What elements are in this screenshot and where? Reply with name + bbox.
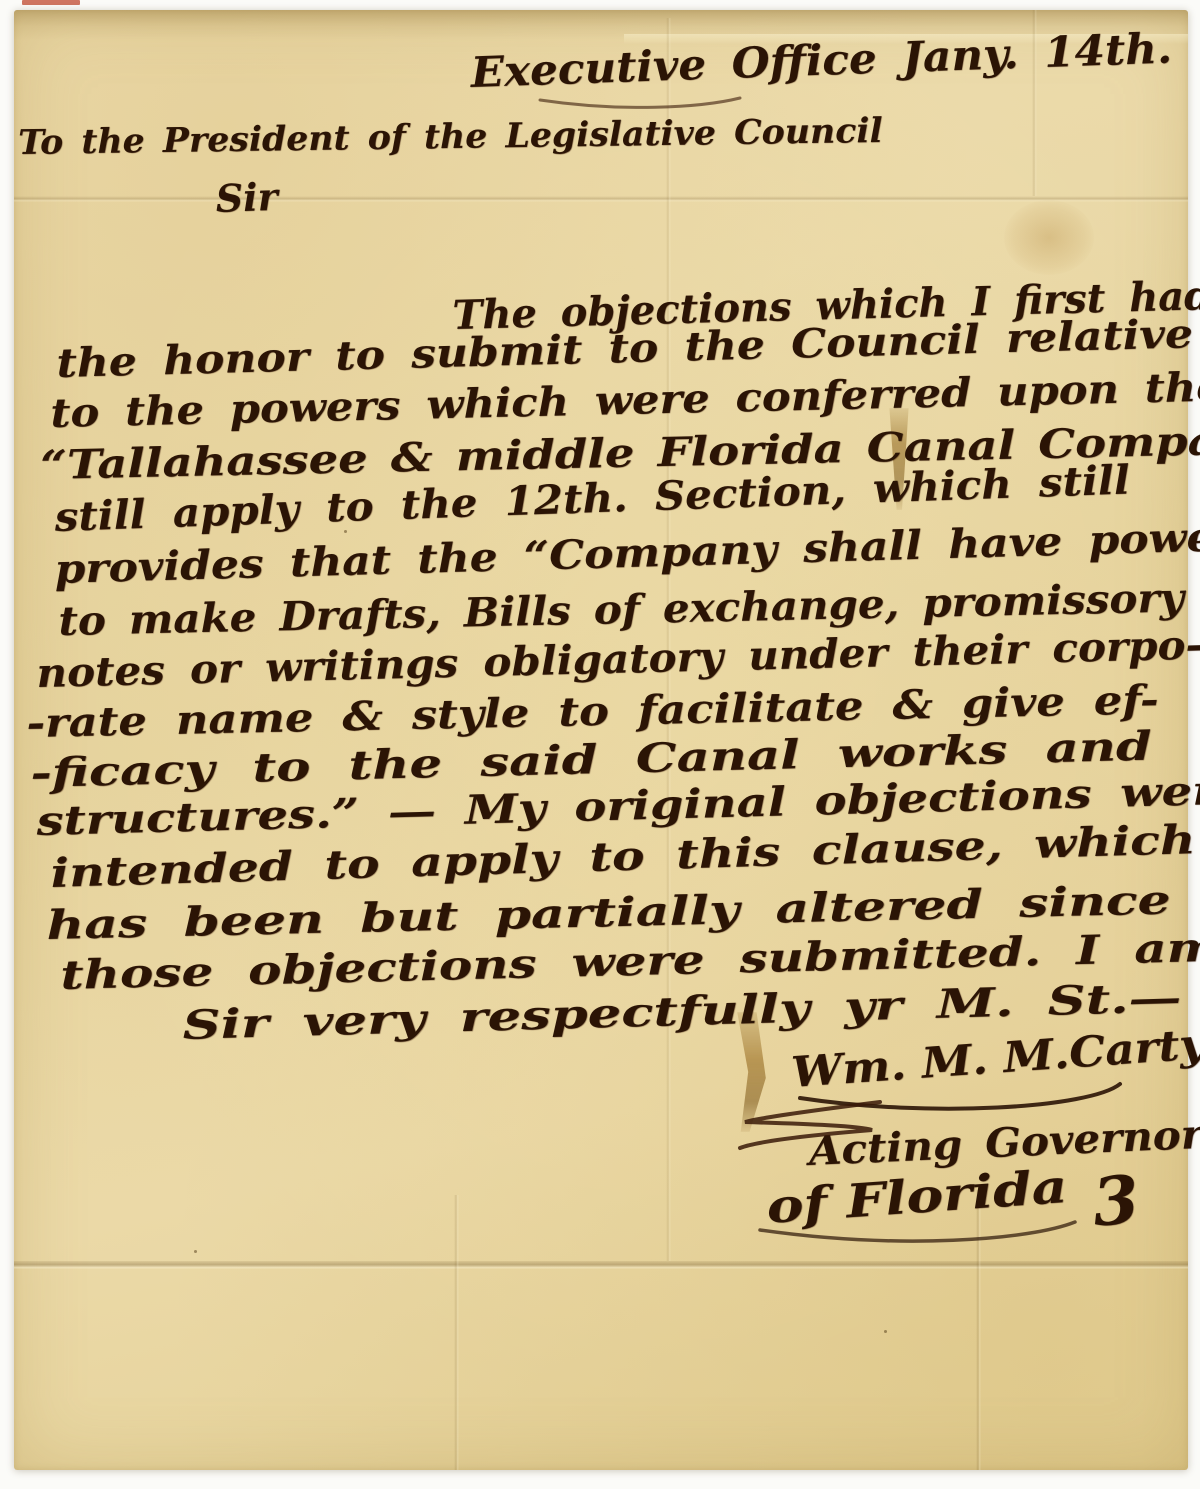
- fold-crease-horizontal-lower: [14, 1261, 1188, 1269]
- page-number-mark: 3: [1090, 1166, 1142, 1236]
- paper-speck: [884, 1330, 887, 1333]
- scan-edge-artifact: [22, 0, 80, 5]
- fold-crease-vertical-bottom-right: [976, 1190, 981, 1470]
- paper-speck: [194, 1250, 197, 1253]
- fold-crease-horizontal-upper: [14, 196, 1188, 202]
- paper-stain-spot: [1004, 200, 1094, 275]
- scanned-letter-page: { "letter": { "dateline": "Executive Off…: [0, 0, 1200, 1489]
- fold-crease-vertical-bottom-left: [454, 1195, 459, 1470]
- salutation: Sir: [215, 178, 278, 218]
